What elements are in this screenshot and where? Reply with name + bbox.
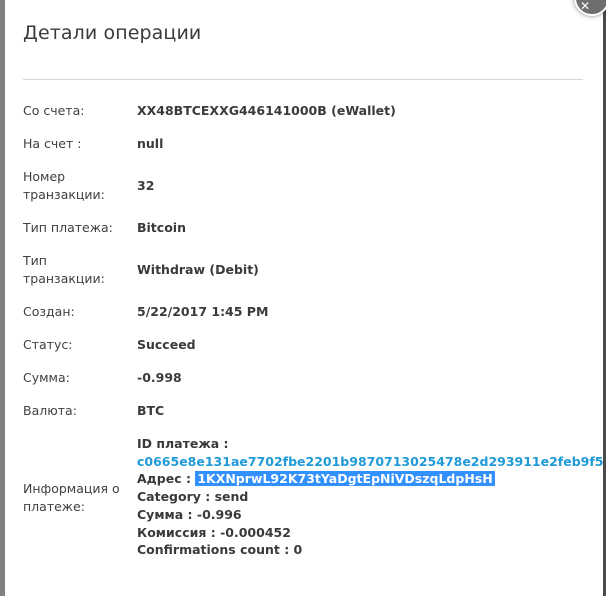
value-created: 5/22/2017 1:45 PM	[137, 303, 268, 321]
value-payment-type: Bitcoin	[137, 219, 186, 237]
operation-details-modal: Детали операции Со счета: XX48BTCEXXG446…	[5, 0, 603, 596]
label-amount: Сумма:	[23, 369, 128, 387]
address-line: Адрес : 1KXNprwL92K73tYaDgtEpNiVDszqLdpH…	[137, 470, 603, 488]
label-created: Создан:	[23, 303, 128, 321]
label-payment-type: Тип платежа:	[23, 219, 128, 237]
value-amount: -0.998	[137, 369, 182, 387]
value-to-account: null	[137, 135, 163, 153]
label-to-account: На счет :	[23, 135, 128, 153]
label-currency: Валюта:	[23, 402, 128, 420]
payment-id-label: ID платежа :	[137, 435, 603, 453]
info-amount-line: Сумма : -0.996	[137, 506, 603, 524]
category-line: Category : send	[137, 488, 603, 506]
value-transaction-number: 32	[137, 177, 154, 195]
label-transaction-number: Номер транзакции:	[23, 168, 128, 204]
address-value-selected[interactable]: 1KXNprwL92K73tYaDgtEpNiVDszqLdpHsH	[195, 471, 494, 486]
value-transaction-type: Withdraw (Debit)	[137, 261, 259, 279]
confirmations-line: Confirmations count : 0	[137, 541, 603, 559]
label-payment-info: Информация о платеже:	[23, 480, 128, 516]
value-currency: BTC	[137, 402, 164, 420]
value-status: Succeed	[137, 336, 196, 354]
value-from-account: XX48BTCEXXG446141000B (eWallet)	[137, 102, 396, 120]
fee-line: Комиссия : -0.000452	[137, 524, 603, 542]
payment-info-block: ID платежа : c0665e8e131ae7702fbe2201b98…	[137, 435, 603, 559]
payment-id-link[interactable]: c0665e8e131ae7702fbe2201b9870713025478e2…	[137, 453, 603, 471]
address-label: Адрес :	[137, 471, 191, 486]
modal-title: Детали операции	[23, 22, 201, 44]
close-icon: ✕	[580, 0, 590, 12]
title-divider	[23, 79, 583, 80]
label-status: Статус:	[23, 336, 128, 354]
label-transaction-type: Тип транзакции:	[23, 252, 128, 288]
label-from-account: Со счета:	[23, 102, 128, 120]
